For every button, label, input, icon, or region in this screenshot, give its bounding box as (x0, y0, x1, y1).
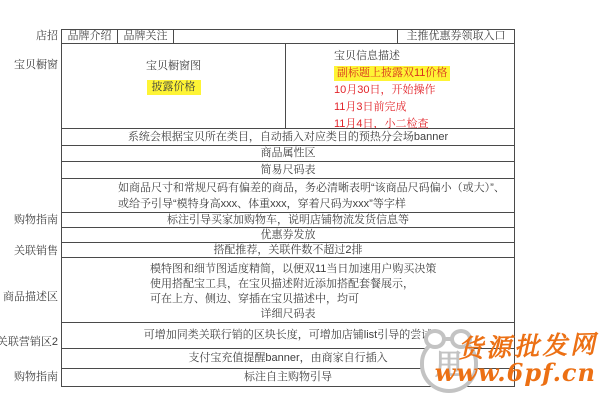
brand-follow-cell: 品牌关注 (118, 30, 174, 43)
subtitle-price-highlight: 副标题上披露双11价格 (334, 66, 450, 81)
row-label-related-sales: 关联销售 (14, 245, 58, 258)
size-note-line-1: 如商品尺寸和常规尺码有偏差的商品，务必清晰表明“该商品尺码偏小（或大）”、 (118, 180, 514, 196)
attribute-zone-row: 商品属性区 (62, 146, 514, 162)
related-marketing-row: 可增加同类关联行销的区块长度，可增加店铺list引导的尝试 (62, 323, 514, 349)
row-label-shopping-guide-2: 购物指南 (14, 371, 58, 384)
description-zone-row: 模特图和细节图适度精简，以便双11当日加速用户购买决策 使用搭配宝工具，在宝贝描… (62, 258, 514, 323)
detailed-size-chart-label: 详细尺码表 (62, 307, 514, 322)
schedule-step-1: 10月30日，开始操作 (334, 82, 514, 99)
brand-intro-cell: 品牌介绍 (62, 30, 118, 43)
description-line-3: 可在上方、侧边、穿插在宝贝描述中，均可 (62, 292, 514, 307)
showcase-image-cell: 宝贝橱窗图 披露价格 (62, 44, 286, 128)
coupon-entry-cell: 主推优惠券领取入口 (398, 30, 514, 43)
description-line-1: 模特图和细节图适度精简，以便双11当日加速用户购买决策 (62, 262, 514, 277)
schedule-step-2: 11月3日前完成 (334, 99, 514, 116)
price-disclosure-highlight: 披露价格 (147, 80, 201, 95)
row-label-shopping-guide-1: 购物指南 (14, 214, 58, 227)
item-info-title: 宝贝信息描述 (334, 48, 514, 65)
empty-header-cell (174, 30, 398, 43)
schedule-step-3: 11月4日，小二检查 (334, 116, 514, 129)
page-layout-plan: 店招 宝贝橱窗 购物指南 关联销售 商品描述区 关联营销区2 购物指南 品牌介绍… (0, 0, 600, 399)
layout-wireframe-table: 品牌介绍 品牌关注 主推优惠券领取入口 宝贝橱窗图 披露价格 宝贝信息描述 副标… (61, 29, 515, 387)
coupon-row: 优惠券发放 (62, 228, 514, 243)
row-label-item-description: 商品描述区 (3, 291, 58, 304)
item-info-cell: 宝贝信息描述 副标题上披露双11价格 10月30日，开始操作 11月3日前完成 … (286, 44, 514, 128)
simple-size-chart-row: 简易尺码表 (62, 162, 514, 179)
showcase-row: 宝贝橱窗图 披露价格 宝贝信息描述 副标题上披露双11价格 10月30日，开始操… (62, 44, 514, 129)
cart-guide-row: 标注引导买家加购物车，说明店铺物流发货信息等 (62, 213, 514, 228)
showcase-image-label: 宝贝橱窗图 (62, 57, 285, 73)
size-note-row: 如商品尺寸和常规尺码有偏差的商品，务必清晰表明“该商品尺码偏小（或大）”、 或给… (62, 179, 514, 213)
description-line-2: 使用搭配宝工具，在宝贝描述附近添加搭配套餐展示， (62, 277, 514, 292)
size-note-line-2: 或给予引导“模特身高xxx、体重xxx，穿着尺码为xxx”等字样 (118, 196, 514, 212)
row-label-item-showcase: 宝贝橱窗 (14, 59, 58, 72)
shop-sign-row: 品牌介绍 品牌关注 主推优惠券领取入口 (62, 30, 514, 44)
match-sale-row: 搭配推荐，关联件数不超过2排 (62, 243, 514, 258)
self-guide-row: 标注自主购物引导 (62, 369, 514, 386)
row-label-shop-sign: 店招 (36, 30, 58, 43)
row-label-related-marketing2: 关联营销区2 (0, 336, 58, 349)
alipay-banner-row: 支付宝充值提醒banner，由商家自行插入 (62, 349, 514, 369)
auto-banner-note-row: 系统会根据宝贝所在类目，自动插入对应类目的预热分会场banner (62, 129, 514, 146)
